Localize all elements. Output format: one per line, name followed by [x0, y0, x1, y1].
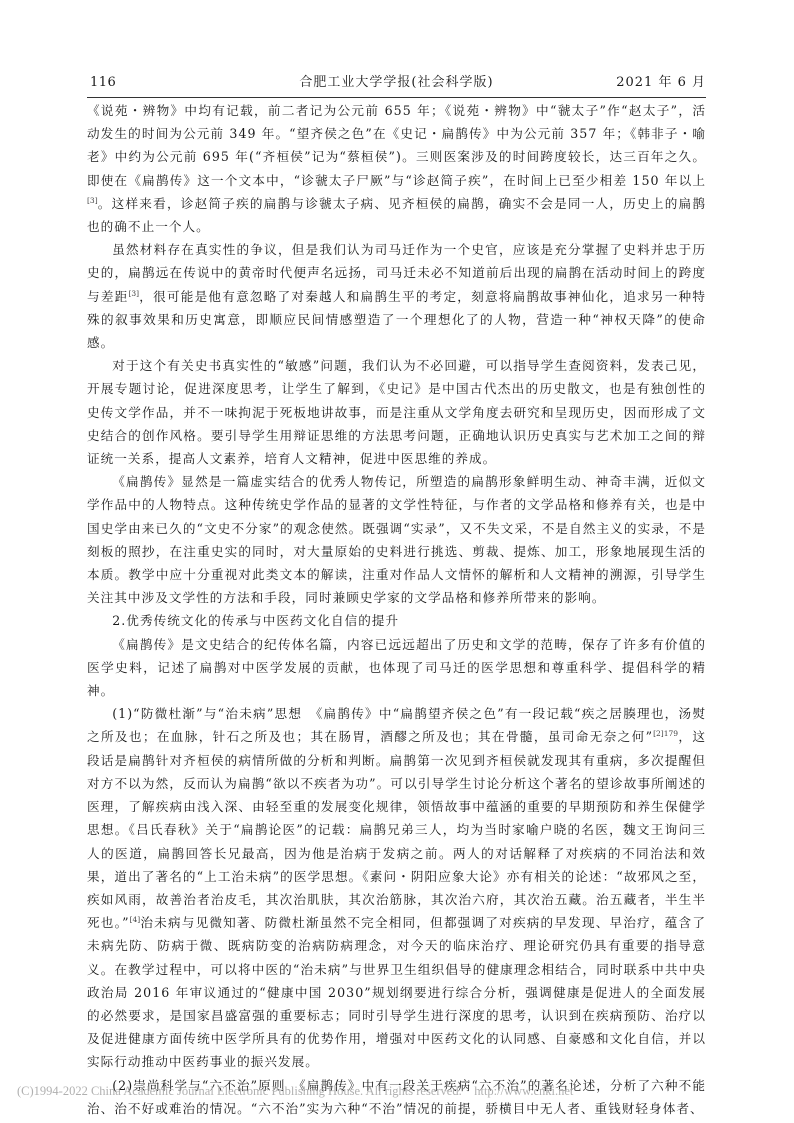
article-body: 《说苑・辨物》中均有记载，前二者记为公元前 655 年；《说苑・辨物》中“虢太子…: [87, 99, 706, 1120]
text-run: 《说苑・辨物》中均有记载，前二者记为公元前 655 年；《说苑・辨物》中“虢太子…: [87, 103, 706, 188]
text-run: 对于这个有关史书真实性的“敏感”问题，我们认为不必回避，可以指导学生查阅资料，发…: [87, 358, 706, 466]
issue-date: 2021 年 6 月: [616, 72, 706, 94]
text-run: 《扁鹊传》是文史结合的纪传体名篇，内容已远远超出了历史和文学的范畴，保存了许多有…: [87, 637, 706, 698]
text-run: ，很可能是他有意忽略了对秦越人和扁鹊生平的考定，刻意将扁鹊故事神仙化，追求另一种…: [87, 289, 706, 350]
paragraph: 对于这个有关史书真实性的“敏感”问题，我们认为不必回避，可以指导学生查阅资料，发…: [87, 354, 706, 470]
paragraph: 《说苑・辨物》中均有记载，前二者记为公元前 655 年；《说苑・辨物》中“虢太子…: [87, 99, 706, 238]
section-heading: 2.优秀传统文化的传承与中医药文化自信的提升: [87, 609, 706, 632]
cnki-link[interactable]: http://www.cnki.net: [474, 1084, 573, 1098]
text-run: 2.优秀传统文化的传承与中医药文化自信的提升: [112, 613, 399, 628]
paragraph: 《扁鹊传》是文史结合的纪传体名篇，内容已远远超出了历史和文学的范畴，保存了许多有…: [87, 633, 706, 703]
text-run: 《扁鹊传》显然是一篇虚实结合的优秀人物传记，所塑造的扁鹊形象鲜明生动、神奇丰满，…: [87, 474, 706, 605]
header-rule: [87, 97, 706, 98]
journal-title: 合肥工业大学学报(社会科学版): [87, 72, 706, 94]
text-run: ，这段话是扁鹊针对齐桓侯的病情所做的分析和判断。扁鹊第一次见到齐桓侯就发现其有重…: [87, 729, 706, 930]
citation-ref: [3]: [128, 289, 139, 298]
copyright-text: (C)1994-2022 China Academic Journal Elec…: [17, 1084, 462, 1098]
citation-ref: [2]179: [653, 729, 678, 738]
paragraph: 虽然材料存在真实性的争议，但是我们认为司马迁作为一个史官，应该是充分掌握了史料并…: [87, 238, 706, 354]
text-run: 。这样来看，诊赵简子疾的扁鹊与诊虢太子病、见齐桓侯的扁鹊，确实不会是同一人，历史…: [87, 196, 706, 234]
copyright-footer: (C)1994-2022 China Academic Journal Elec…: [17, 1084, 573, 1099]
text-run: 治未病与见微知著、防微杜渐虽然不完全相同，但都强调了对疾病的早发现、早治疗，蕴含…: [87, 915, 706, 1069]
text-run: (1)“防微杜渐”与“治未病”思想 《扁鹊传》中“扁鹊望齐侯之色”有一段记载“疾…: [87, 706, 706, 744]
running-header: 116 合肥工业大学学报(社会科学版) 2021 年 6 月: [87, 72, 706, 94]
citation-ref: [4]: [130, 915, 141, 924]
paragraph: (1)“防微杜渐”与“治未病”思想 《扁鹊传》中“扁鹊望齐侯之色”有一段记载“疾…: [87, 702, 706, 1073]
paragraph: 《扁鹊传》显然是一篇虚实结合的优秀人物传记，所塑造的扁鹊形象鲜明生动、神奇丰满，…: [87, 470, 706, 609]
citation-ref: [3]: [87, 196, 98, 205]
